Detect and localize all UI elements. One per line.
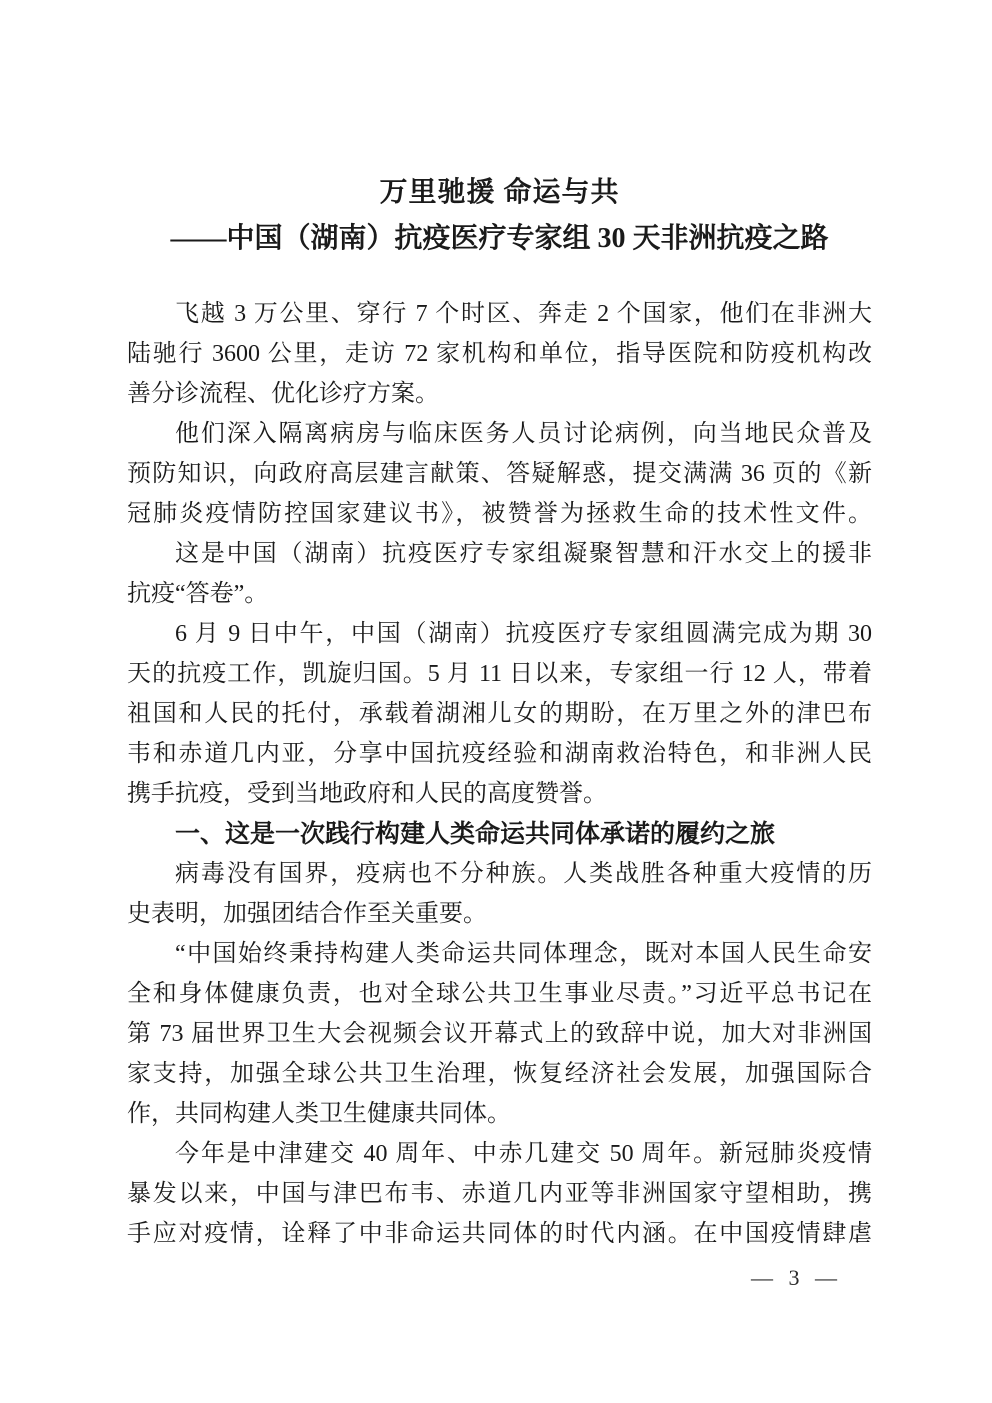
body-line: 祖国和人民的托付，承载着湖湘儿女的期盼，在万里之外的津巴布 xyxy=(127,694,872,734)
body-line: 他们深入隔离病房与临床医务人员讨论病例，向当地民众普及 xyxy=(127,414,872,454)
body-line: 冠肺炎疫情防控国家建议书》，被赞誉为拯救生命的技术性文件。 xyxy=(127,494,872,534)
body-line: 6 月 9 日中午，中国（湖南）抗疫医疗专家组圆满完成为期 30 xyxy=(127,614,872,654)
document-subtitle: ——中国（湖南）抗疫医疗专家组 30 天非洲抗疫之路 xyxy=(127,216,872,262)
body-line: 预防知识，向政府高层建言献策、答疑解惑，提交满满 36 页的《新 xyxy=(127,454,872,494)
body-line: 今年是中津建交 40 周年、中赤几建交 50 周年。新冠肺炎疫情 xyxy=(127,1134,872,1174)
document-header: 万里驰援 命运与共 ——中国（湖南）抗疫医疗专家组 30 天非洲抗疫之路 xyxy=(127,0,872,262)
body-line: 飞越 3 万公里、穿行 7 个时区、奔走 2 个国家，他们在非洲大 xyxy=(127,294,872,334)
body-line: 善分诊流程、优化诊疗方案。 xyxy=(127,374,872,414)
body-line: 暴发以来，中国与津巴布韦、赤道几内亚等非洲国家守望相助，携 xyxy=(127,1174,872,1214)
document-page: 万里驰援 命运与共 ——中国（湖南）抗疫医疗专家组 30 天非洲抗疫之路 飞越 … xyxy=(0,0,992,1403)
body-line: 家支持，加强全球公共卫生治理，恢复经济社会发展，加强国际合 xyxy=(127,1054,872,1094)
body-line: 韦和赤道几内亚，分享中国抗疫经验和湖南救治特色，和非洲人民 xyxy=(127,734,872,774)
body-line: 史表明，加强团结合作至关重要。 xyxy=(127,894,872,934)
body-line: 手应对疫情，诠释了中非命运共同体的时代内涵。在中国疫情肆虐 xyxy=(127,1214,872,1254)
body-line: 天的抗疫工作，凯旋归国。5 月 11 日以来，专家组一行 12 人，带着 xyxy=(127,654,872,694)
body-line: 全和身体健康负责，也对全球公共卫生事业尽责。”习近平总书记在 xyxy=(127,974,872,1014)
body-line: 抗疫“答卷”。 xyxy=(127,574,872,614)
body-line: 病毒没有国界，疫病也不分种族。人类战胜各种重大疫情的历 xyxy=(127,854,872,894)
body-line: 作，共同构建人类卫生健康共同体。 xyxy=(127,1094,872,1134)
document-body: 飞越 3 万公里、穿行 7 个时区、奔走 2 个国家，他们在非洲大陆驰行 360… xyxy=(127,294,872,1254)
body-line: “中国始终秉持构建人类命运共同体理念，既对本国人民生命安 xyxy=(127,934,872,974)
section-heading: 一、这是一次践行构建人类命运共同体承诺的履约之旅 xyxy=(127,814,872,854)
document-title: 万里驰援 命运与共 xyxy=(127,170,872,216)
body-line: 陆驰行 3600 公里，走访 72 家机构和单位，指导医院和防疫机构改 xyxy=(127,334,872,374)
body-line: 这是中国（湖南）抗疫医疗专家组凝聚智慧和汗水交上的援非 xyxy=(127,534,872,574)
body-line: 携手抗疫，受到当地政府和人民的高度赞誉。 xyxy=(127,774,872,814)
page-number: — 3 — xyxy=(127,1264,872,1292)
body-line: 第 73 届世界卫生大会视频会议开幕式上的致辞中说，加大对非洲国 xyxy=(127,1014,872,1054)
